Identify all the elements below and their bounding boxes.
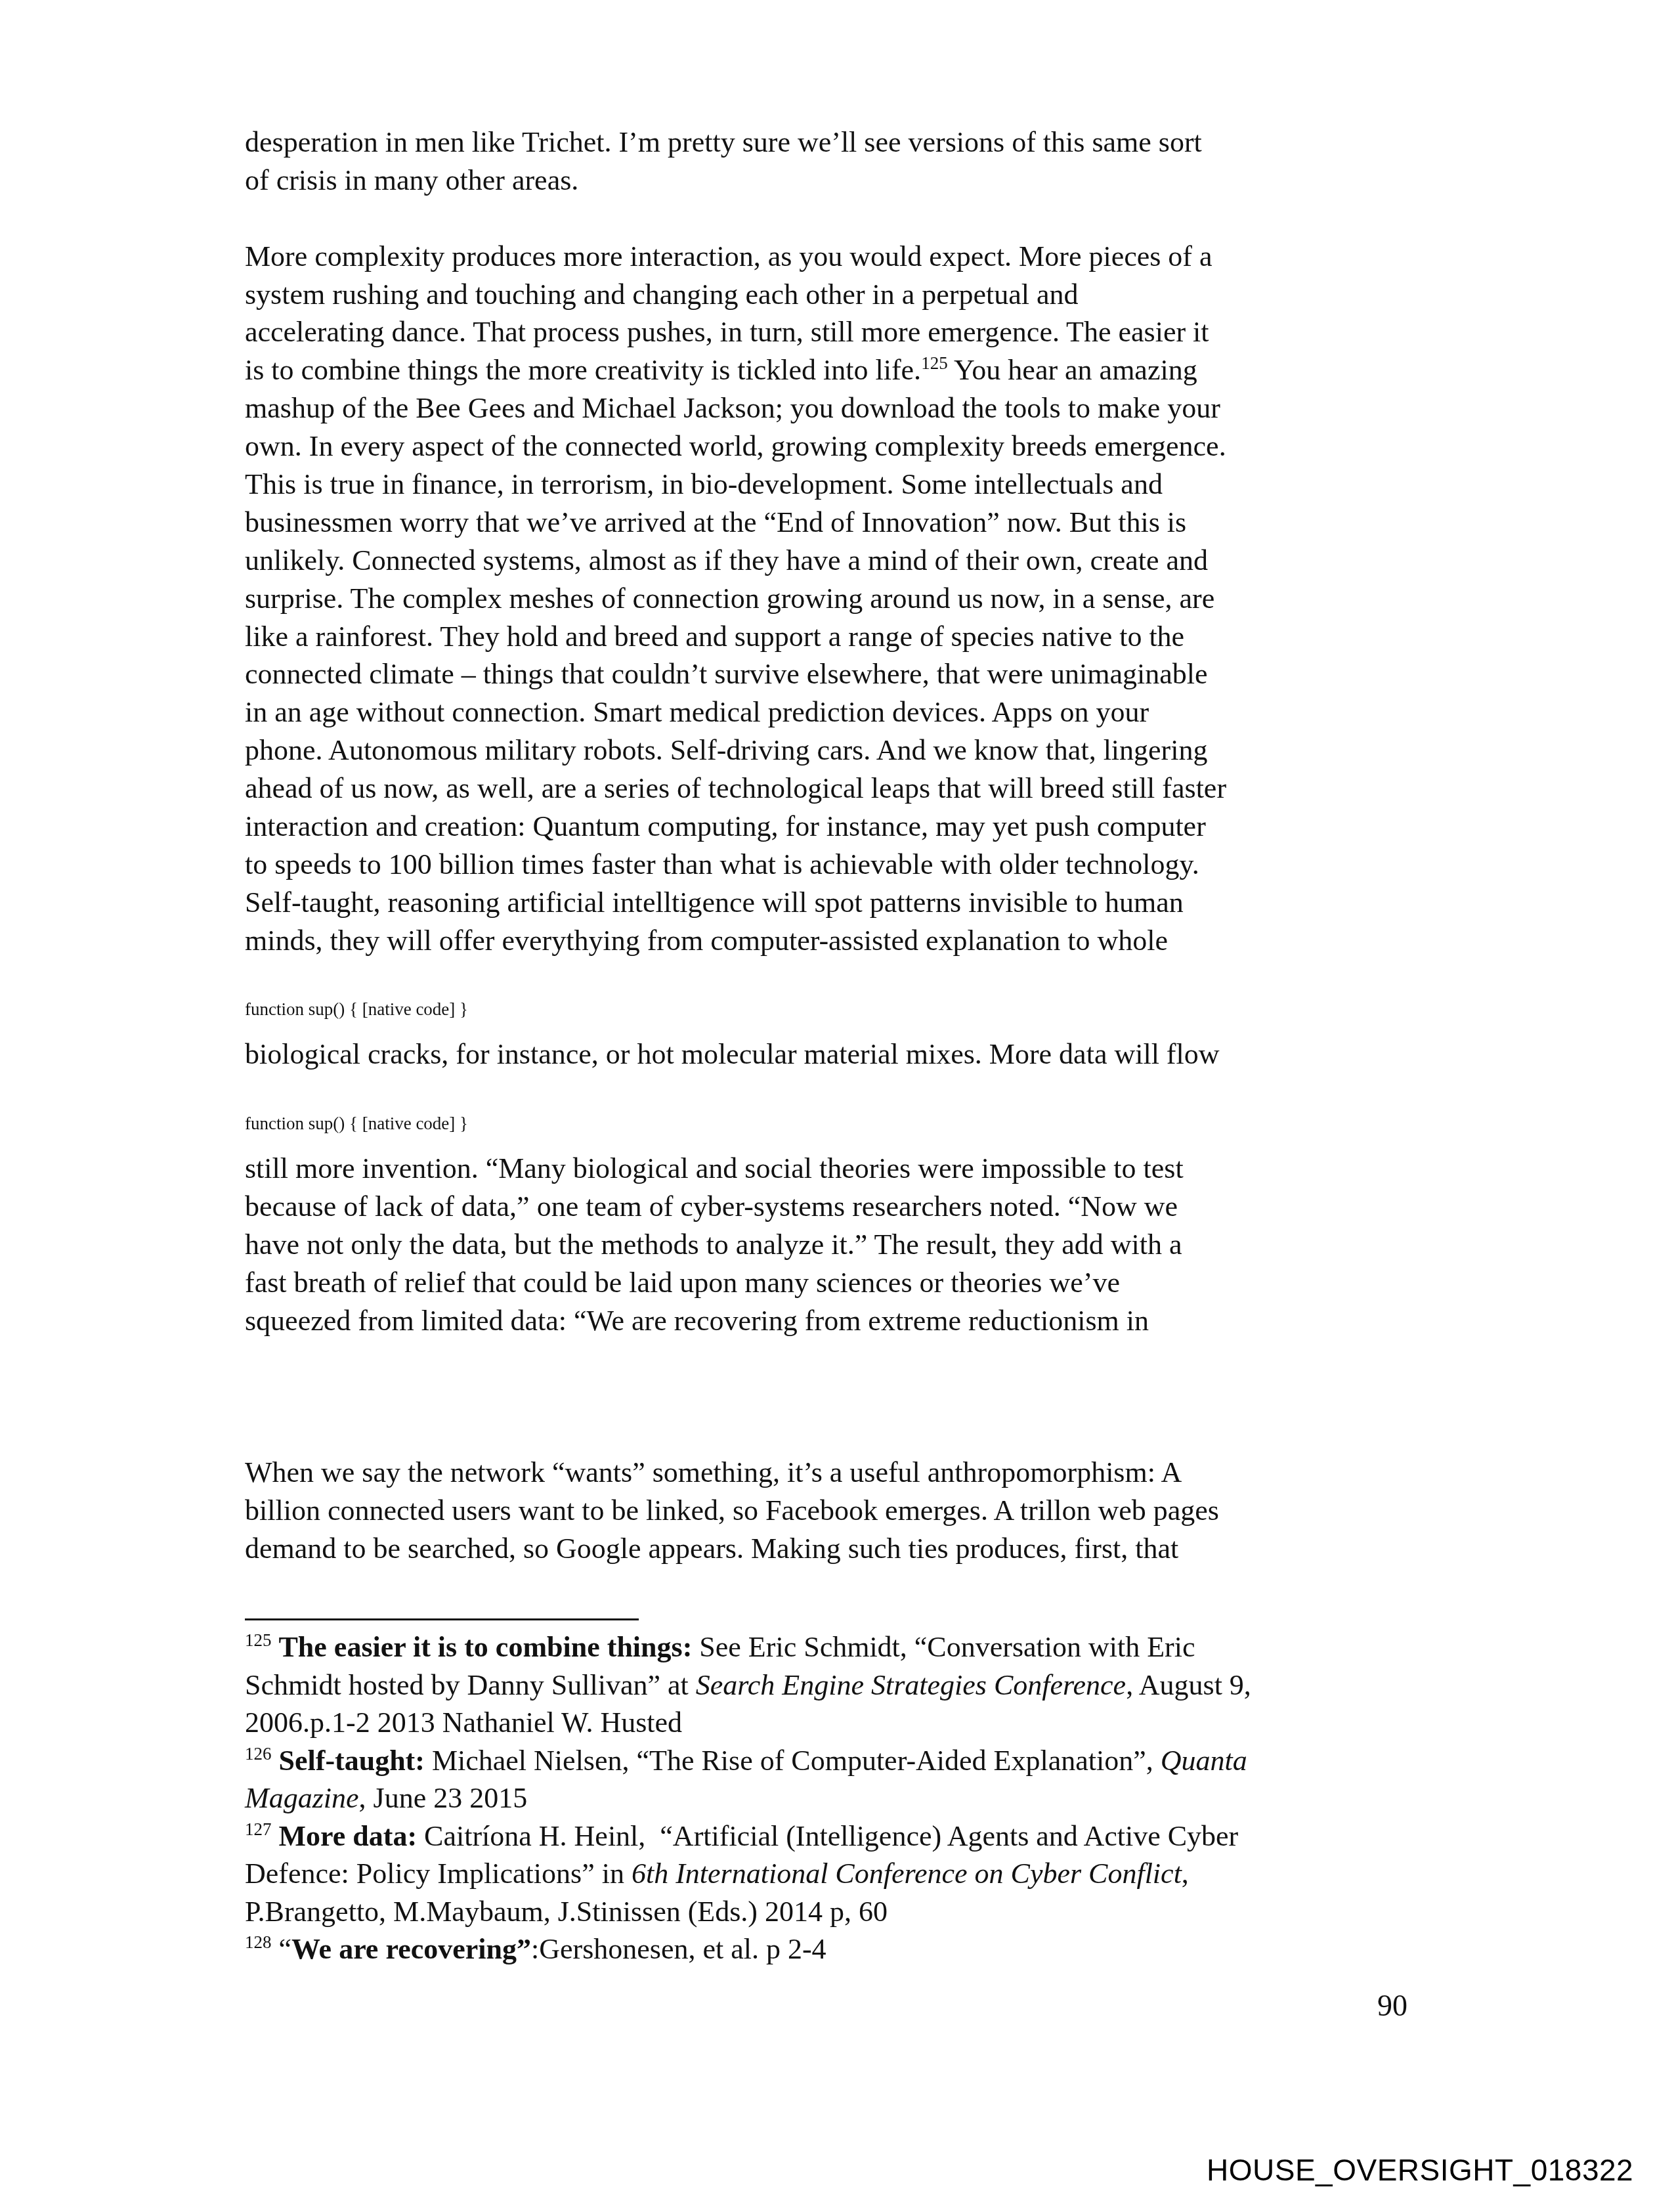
text-line: to speeds to 100 billion times faster th… bbox=[245, 846, 1420, 884]
page-number: 90 bbox=[1377, 1988, 1407, 2023]
footnote-125: 125 The easier it is to combine things: … bbox=[245, 1628, 1427, 1666]
text-line: connected climate – things that couldn’t… bbox=[245, 655, 1420, 693]
text-line: When we say the network “wants” somethin… bbox=[245, 1454, 1420, 1492]
footnote-italic-title: Quanta bbox=[1161, 1745, 1247, 1777]
text-segment: is to combine things the more creativity… bbox=[245, 354, 921, 386]
footnote-separator bbox=[245, 1618, 639, 1620]
document-page: desperation in men like Trichet. I’m pre… bbox=[0, 0, 1674, 2212]
footnote-text: , bbox=[1182, 1857, 1189, 1890]
footnote-text: Caitríona H. Heinl, “Artificial (Intelli… bbox=[417, 1820, 1238, 1852]
paragraph-gap bbox=[245, 200, 1420, 238]
text-line bbox=[245, 1073, 1420, 1112]
text-line: More complexity produces more interactio… bbox=[245, 238, 1420, 276]
footnote-number: 126 bbox=[245, 1744, 272, 1764]
footnote-127: 127 More data: Caitríona H. Heinl, “Arti… bbox=[245, 1817, 1427, 1855]
footnote-128: 128 “We are recovering”:Gershonesen, et … bbox=[245, 1930, 1427, 1968]
footnote-lead: The easier it is to combine things: bbox=[279, 1631, 693, 1663]
footnote-126-cont: Magazine, June 23 2015 bbox=[245, 1779, 1427, 1817]
footnote-text: Michael Nielsen, “The Rise of Computer-A… bbox=[425, 1745, 1161, 1777]
text-line: because of lack of data,” one team of cy… bbox=[245, 1188, 1420, 1226]
text-segment: You hear an amazing bbox=[948, 354, 1197, 386]
footnote-127-cont: Defence: Policy Implications” in 6th Int… bbox=[245, 1855, 1427, 1893]
footnotes: 125 The easier it is to combine things: … bbox=[245, 1628, 1427, 1968]
text-line: minds, they will offer everythying from … bbox=[245, 922, 1420, 960]
footnote-text: Defence: Policy Implications” in bbox=[245, 1857, 632, 1890]
text-line: accelerating dance. That process pushes,… bbox=[245, 313, 1420, 351]
text-line: is to combine things the more creativity… bbox=[245, 351, 1420, 389]
body-text: desperation in men like Trichet. I’m pre… bbox=[245, 123, 1420, 1568]
footnote-126: 126 Self-taught: Michael Nielsen, “The R… bbox=[245, 1742, 1427, 1780]
text-line: unlikely. Connected systems, almost as i… bbox=[245, 542, 1420, 580]
footnote-text: , August 9, bbox=[1126, 1669, 1251, 1701]
footnote-number: 127 bbox=[245, 1819, 272, 1839]
footnote-italic-title: 6th International Conference on Cyber Co… bbox=[632, 1857, 1182, 1890]
footnote-125-cont: 2006.p.1-2 2013 Nathaniel W. Husted bbox=[245, 1704, 1427, 1742]
footnote-text: See Eric Schmidt, “Conversation with Eri… bbox=[692, 1631, 1195, 1663]
footnote-text: :Gershonesen, et al. p 2-4 bbox=[531, 1933, 826, 1965]
text-line: interaction and creation: Quantum comput… bbox=[245, 808, 1420, 846]
text-line: surprise. The complex meshes of connecti… bbox=[245, 580, 1420, 618]
text-line: own. In every aspect of the connected wo… bbox=[245, 427, 1420, 466]
footnote-open-quote: “ bbox=[279, 1933, 292, 1965]
footnote-127-cont: P.Brangetto, M.Maybaum, J.Stinissen (Eds… bbox=[245, 1893, 1427, 1931]
text-line: of crisis in many other areas. bbox=[245, 162, 1420, 200]
text-line: squeezed from limited data: “We are reco… bbox=[245, 1302, 1420, 1340]
text-line: Self-taught, reasoning artificial intell… bbox=[245, 884, 1420, 922]
text-line: businessmen worry that we’ve arrived at … bbox=[245, 504, 1420, 542]
footnote-italic-title: Magazine bbox=[245, 1782, 359, 1814]
footnote-lead: More data: bbox=[279, 1820, 418, 1852]
text-line: system rushing and touching and changing… bbox=[245, 276, 1420, 314]
footnote-number: 128 bbox=[245, 1932, 272, 1952]
text-line: like a rainforest. They hold and breed a… bbox=[245, 618, 1420, 656]
text-line: desperation in men like Trichet. I’m pre… bbox=[245, 123, 1420, 162]
text-line bbox=[245, 1340, 1420, 1378]
text-line: demand to be searched, so Google appears… bbox=[245, 1530, 1420, 1568]
text-line: billion connected users want to be linke… bbox=[245, 1492, 1420, 1530]
text-line: function sup() { [native code] } bbox=[245, 1112, 1420, 1150]
footnote-italic-title: Search Engine Strategies Conference bbox=[696, 1669, 1126, 1701]
footnote-number: 125 bbox=[245, 1630, 272, 1650]
text-line: fast breath of relief that could be laid… bbox=[245, 1264, 1420, 1302]
footnote-ref-126[interactable]: function sup() { [native code] } bbox=[245, 999, 468, 1019]
paragraph-gap bbox=[245, 1416, 1420, 1454]
footnote-text: , June 23 2015 bbox=[359, 1782, 528, 1814]
footnote-text: Schmidt hosted by Danny Sullivan” at bbox=[245, 1669, 696, 1701]
footnote-lead: We are recovering” bbox=[291, 1933, 531, 1965]
text-line: biological cracks, for instance, or hot … bbox=[245, 1035, 1420, 1073]
bates-stamp: HOUSE_OVERSIGHT_018322 bbox=[1207, 2152, 1633, 2188]
text-line: This is true in finance, in terrorism, i… bbox=[245, 466, 1420, 504]
text-line: phone. Autonomous military robots. Self-… bbox=[245, 731, 1420, 770]
text-line: in an age without connection. Smart medi… bbox=[245, 693, 1420, 731]
footnote-125-cont: Schmidt hosted by Danny Sullivan” at Sea… bbox=[245, 1666, 1427, 1704]
text-line: ahead of us now, as well, are a series o… bbox=[245, 770, 1420, 808]
text-line: function sup() { [native code] } bbox=[245, 997, 1420, 1035]
text-line bbox=[245, 960, 1420, 998]
text-line: mashup of the Bee Gees and Michael Jacks… bbox=[245, 389, 1420, 427]
text-line: still more invention. “Many biological a… bbox=[245, 1150, 1420, 1188]
footnote-lead: Self-taught: bbox=[279, 1745, 425, 1777]
text-line bbox=[245, 1377, 1420, 1416]
footnote-ref-125[interactable]: 125 bbox=[921, 353, 948, 373]
footnote-ref-127[interactable]: function sup() { [native code] } bbox=[245, 1114, 468, 1133]
text-line: have not only the data, but the methods … bbox=[245, 1226, 1420, 1264]
